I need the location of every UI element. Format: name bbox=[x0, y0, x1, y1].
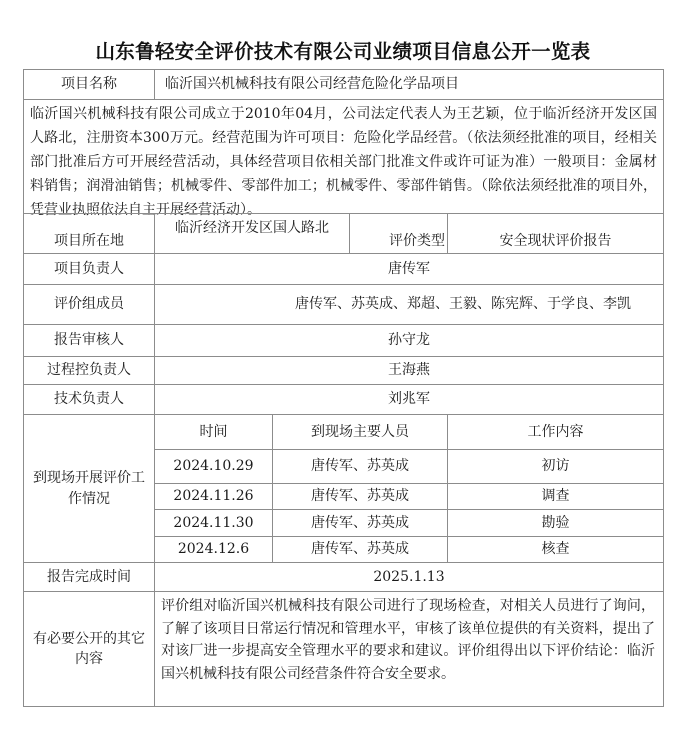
other-disclosure-label: 有必要公开的其它内容 bbox=[23, 591, 155, 707]
company-description-cell: 临沂国兴机械科技有限公司成立于2010年04月，公司法定代表人为王艺颖，位于临沂… bbox=[23, 99, 664, 214]
field-work-header-date: 时间 bbox=[154, 414, 273, 450]
process-control-value: 王海燕 bbox=[154, 356, 664, 385]
technical-leader-value: 刘兆军 bbox=[154, 384, 664, 415]
field-work-row-date: 2024.11.30 bbox=[154, 509, 273, 537]
page-title: 山东鲁轻安全评价技术有限公司业绩项目信息公开一览表 bbox=[0, 36, 686, 64]
project-leader-label: 项目负责人 bbox=[23, 253, 155, 285]
field-work-row-date: 2024.10.29 bbox=[154, 449, 273, 484]
team-members-value: 唐传军、苏英成、郑超、王毅、陈宪辉、于学良、李凯 bbox=[154, 284, 664, 325]
project-name-value: 临沂国兴机械科技有限公司经营危险化学品项目 bbox=[154, 69, 664, 100]
location-value: 临沂经济开发区国人路北 bbox=[154, 213, 350, 254]
field-work-row-staff: 唐传军、苏英成 bbox=[272, 509, 448, 537]
other-disclosure-cell: 评价组对临沂国兴机械科技有限公司进行了现场检查，对相关人员进行了询问，了解了该项… bbox=[154, 591, 664, 707]
project-leader-value: 唐传军 bbox=[154, 253, 664, 285]
evaluation-type-label: 评价类型 bbox=[349, 213, 448, 254]
field-work-header-content: 工作内容 bbox=[447, 414, 664, 450]
technical-leader-label: 技术负责人 bbox=[23, 384, 155, 415]
report-reviewer-value: 孙守龙 bbox=[154, 324, 664, 357]
other-disclosure-value: 评价组对临沂国兴机械科技有限公司进行了现场检查，对相关人员进行了询问，了解了该项… bbox=[155, 592, 663, 685]
info-table: 项目名称 临沂国兴机械科技有限公司经营危险化学品项目 临沂国兴机械科技有限公司成… bbox=[24, 70, 665, 708]
field-work-row-staff: 唐传军、苏英成 bbox=[272, 449, 448, 484]
field-work-row-date: 2024.12.6 bbox=[154, 536, 273, 563]
location-label: 项目所在地 bbox=[23, 213, 155, 254]
report-completion-label: 报告完成时间 bbox=[23, 562, 155, 592]
process-control-label: 过程控负责人 bbox=[23, 356, 155, 385]
report-completion-value: 2025.1.13 bbox=[154, 562, 664, 592]
team-members-label: 评价组成员 bbox=[23, 284, 155, 325]
field-work-header-staff: 到现场主要人员 bbox=[272, 414, 448, 450]
company-description: 临沂国兴机械科技有限公司成立于2010年04月，公司法定代表人为王艺颖，位于临沂… bbox=[24, 100, 663, 222]
field-work-row-content: 调查 bbox=[447, 483, 664, 510]
field-work-row-content: 勘验 bbox=[447, 509, 664, 537]
field-work-label: 到现场开展评价工作情况 bbox=[23, 414, 155, 563]
report-reviewer-label: 报告审核人 bbox=[23, 324, 155, 357]
field-work-row-content: 初访 bbox=[447, 449, 664, 484]
field-work-row-content: 核查 bbox=[447, 536, 664, 563]
field-work-row-staff: 唐传军、苏英成 bbox=[272, 536, 448, 563]
field-work-row-date: 2024.11.26 bbox=[154, 483, 273, 510]
field-work-row-staff: 唐传军、苏英成 bbox=[272, 483, 448, 510]
project-name-label: 项目名称 bbox=[23, 69, 155, 100]
evaluation-type-value: 安全现状评价报告 bbox=[447, 213, 664, 254]
